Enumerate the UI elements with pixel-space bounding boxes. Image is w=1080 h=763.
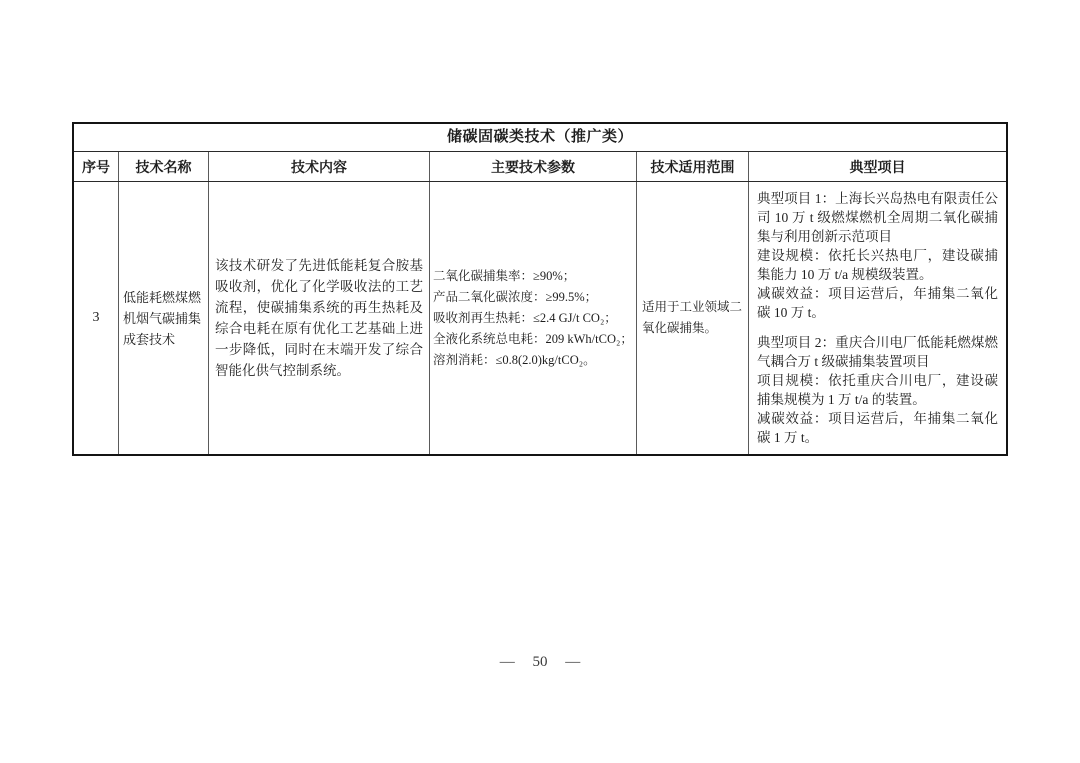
column-header-tech-name: 技术名称 bbox=[119, 152, 209, 181]
column-header-application-scope: 技术适用范围 bbox=[637, 152, 749, 181]
document-page: { "document": { "page_number": "— 50 —" … bbox=[0, 0, 1080, 763]
column-header-tech-content: 技术内容 bbox=[209, 152, 430, 181]
cell-application-scope: 适用于工业领域二氧化碳捕集。 bbox=[637, 182, 749, 454]
typical-project-2: 典型项目 2：重庆合川电厂低能耗燃煤燃气耦合万 t 级碳捕集装置项目 项目规模：… bbox=[757, 333, 998, 447]
column-header-typical-projects: 典型项目 bbox=[749, 152, 1006, 181]
page-number: — 50 — bbox=[0, 654, 1080, 671]
cell-tech-parameters: 二氧化碳捕集率：≥90%； 产品二氧化碳浓度：≥99.5%； 吸收剂再生热耗：≤… bbox=[430, 182, 637, 454]
table-title: 储碳固碳类技术（推广类） bbox=[74, 124, 1006, 152]
tech-table: 储碳固碳类技术（推广类） 序号 技术名称 技术内容 主要技术参数 技术适用范围 … bbox=[72, 122, 1008, 456]
cell-serial-number: 3 bbox=[74, 182, 119, 454]
column-header-tech-parameters: 主要技术参数 bbox=[430, 152, 637, 181]
cell-tech-content: 该技术研发了先进低能耗复合胺基吸收剂，优化了化学吸收法的工艺流程，使碳捕集系统的… bbox=[209, 182, 430, 454]
table-row: 3 低能耗燃煤燃机烟气碳捕集成套技术 该技术研发了先进低能耗复合胺基吸收剂，优化… bbox=[74, 182, 1006, 454]
table-header-row: 序号 技术名称 技术内容 主要技术参数 技术适用范围 典型项目 bbox=[74, 152, 1006, 182]
typical-project-1: 典型项目 1：上海长兴岛热电有限责任公司 10 万 t 级燃煤燃机全周期二氧化碳… bbox=[757, 189, 998, 322]
cell-tech-name: 低能耗燃煤燃机烟气碳捕集成套技术 bbox=[119, 182, 209, 454]
cell-typical-projects: 典型项目 1：上海长兴岛热电有限责任公司 10 万 t 级燃煤燃机全周期二氧化碳… bbox=[749, 182, 1006, 454]
column-header-serial-number: 序号 bbox=[74, 152, 119, 181]
